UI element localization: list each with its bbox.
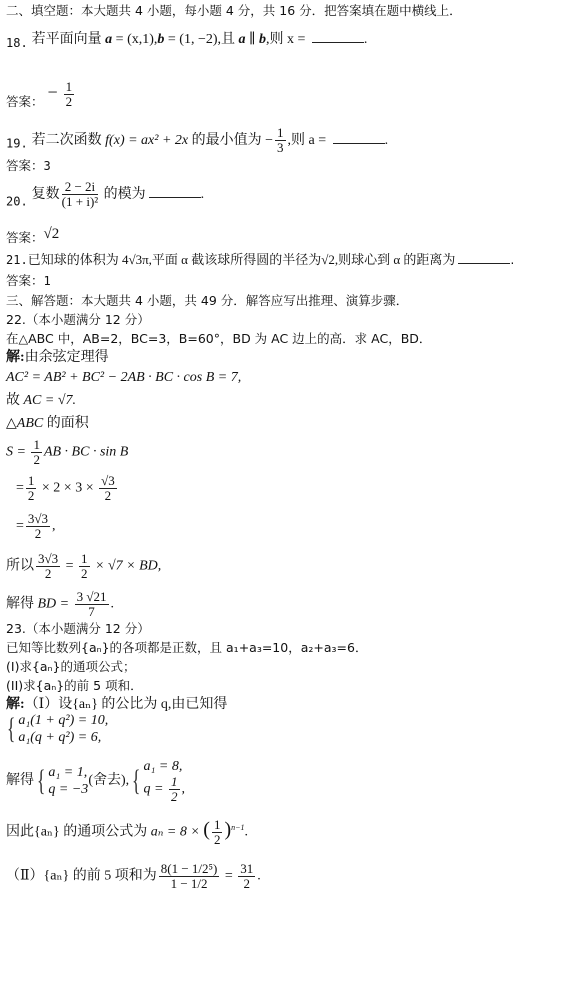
q22-step-3: △ABC 的面积: [6, 416, 89, 432]
solution-text: 由余弦定理得: [25, 350, 109, 365]
denominator: 2: [26, 527, 50, 541]
left-brace-icon: {: [132, 766, 141, 796]
fraction: 312: [238, 862, 255, 891]
fraction: √32: [99, 474, 117, 503]
math-expression: BD =: [38, 597, 73, 612]
numerator: 1: [275, 126, 286, 141]
question-19: 19. 若二次函数 f(x) = ax² + 2x 的最小值为 −13,则 a …: [6, 126, 388, 155]
stem-text: 复数: [32, 187, 60, 202]
vector-a: a: [239, 32, 246, 47]
denominator: 2: [79, 567, 90, 581]
denominator: 2: [238, 877, 255, 891]
question-23-part-2: (II)求{aₙ}的前 5 项和．: [6, 678, 143, 694]
section-2-heading: 二、填空题：本大题共 4 小题，每小题 4 分，共 16 分．把答案填在题中横线…: [6, 3, 462, 19]
fraction: 12: [212, 818, 223, 847]
equation: a₁(q + q²) = 6,: [18, 729, 108, 746]
answer-18: 答案： − 12: [6, 80, 76, 110]
fraction: 12: [26, 474, 37, 503]
equation-system: a₁ = 8,q = 12,: [144, 758, 185, 804]
exponent: n−1: [231, 823, 244, 832]
answer-blank: [333, 133, 385, 144]
question-23-part-1: (I)求{aₙ}的通项公式；: [6, 659, 136, 675]
math-expression: AB · BC · sin B: [44, 445, 128, 460]
fraction: 3 √217: [75, 590, 109, 619]
stem-text: 若二次函数: [32, 133, 106, 148]
numerator: 3 √21: [75, 590, 109, 605]
section-3-heading: 三、解答题：本大题共 4 小题，共 49 分．解答应写出推理、演算步骤．: [6, 293, 408, 309]
denominator: 2: [36, 567, 60, 581]
denominator: 2: [31, 453, 42, 467]
left-brace-icon: {: [37, 766, 46, 796]
q23-sum: （Ⅱ）{aₙ} 的前 5 项和为8(1 − 1/2⁵)1 − 1/2 = 312…: [6, 862, 261, 891]
numerator: 1: [79, 552, 90, 567]
denominator: 1 − 1/2: [159, 877, 220, 891]
solution-text: 故: [6, 393, 24, 408]
math-expression: S =: [6, 445, 29, 460]
q22-step-8: 解得 BD = 3 √217.: [6, 590, 114, 619]
question-number: 21.: [6, 253, 28, 267]
q22-step-7: 所以3√32 = 12 × √7 × BD,: [6, 552, 161, 581]
equals: =: [62, 559, 77, 574]
math-expression: aₙ = 8 ×: [151, 825, 204, 840]
question-20: 20. 复数2 − 2i(1 + i)² 的模为.: [6, 180, 204, 210]
numerator: √3: [99, 474, 117, 489]
answer-value: 3: [44, 159, 51, 173]
triangle-label: △ABC: [6, 416, 43, 431]
question-21: 21.已知球的体积为 4√3π,平面 α 截该球所得圆的半径为√2,则球心到 α…: [6, 252, 514, 268]
period: .: [245, 825, 249, 840]
denominator: 7: [75, 605, 109, 619]
question-number: 20.: [6, 195, 28, 209]
solution-label: 解:: [6, 350, 25, 365]
fraction: 3√32: [36, 552, 60, 581]
answer-label: 答案：: [6, 158, 44, 173]
solution-label: 解:: [6, 697, 25, 712]
period: .: [201, 187, 205, 202]
question-stem: 若平面向量 a = (x,1),b = (1, −2),且 a ∥ b,则 x …: [32, 32, 368, 47]
stem-text: ,则 a =: [288, 133, 330, 148]
vector-b: b: [259, 32, 266, 47]
left-paren: (: [203, 819, 210, 841]
numerator: 1: [212, 818, 223, 833]
solution-text: 因此{aₙ} 的通项公式为: [6, 825, 151, 840]
equation: a₁ = 1,: [48, 764, 88, 781]
numerator: 3√3: [36, 552, 60, 567]
equals: =: [221, 869, 236, 884]
equation: q =: [144, 782, 167, 797]
equation: a₁(1 + q²) = 10,: [18, 712, 108, 729]
answer-19: 答案：3: [6, 158, 51, 174]
numerator: 1: [64, 80, 75, 95]
answer-value: 1: [44, 274, 51, 288]
comma: ,: [52, 519, 56, 534]
answer-value: √2: [44, 226, 60, 242]
answer-blank: [458, 253, 510, 264]
stem-text: 若平面向量: [32, 32, 102, 47]
solution-text: 解得: [6, 773, 34, 788]
period: .: [111, 597, 115, 612]
denominator: 2: [64, 95, 75, 109]
solution-text: 所以: [6, 559, 34, 574]
question-22-header: 22.（本小题满分 12 分）: [6, 312, 150, 328]
period: .: [385, 133, 389, 148]
numerator: 1: [26, 474, 37, 489]
q22-step-4: S = 12AB · BC · sin B: [6, 438, 128, 467]
math-expression: AC = √7.: [24, 393, 77, 408]
answer-blank: [312, 32, 364, 43]
question-stem: 已知球的体积为 4√3π,平面 α 截该球所得圆的半径为√2,则球心到 α 的距…: [28, 252, 456, 267]
solution-text: 的面积: [43, 416, 89, 431]
question-stem: 复数2 − 2i(1 + i)² 的模为.: [32, 187, 205, 202]
answer-20: 答案：√2: [6, 226, 59, 246]
question-23-stem: 已知等比数列{aₙ}的各项都是正数，且 a₁+a₃=10，a₂+a₃=6．: [6, 640, 367, 656]
function-expression: f(x) = ax² + 2x: [105, 133, 188, 148]
denominator: 2: [169, 790, 180, 804]
parallel-symbol: ∥: [246, 32, 259, 47]
math-expression: × √7 × BD,: [92, 559, 162, 574]
equation: q = −3: [48, 781, 88, 798]
denominator: 2: [212, 833, 223, 847]
q22-solution-intro: 解:由余弦定理得: [6, 350, 109, 366]
q23-system-1: {a₁(1 + q²) = 10,a₁(q + q²) = 6,: [4, 712, 108, 746]
fraction: 2 − 2i(1 + i)²: [62, 180, 99, 209]
fraction: 13: [275, 126, 286, 155]
stem-text: ,则 x =: [266, 32, 309, 47]
denominator: 3: [275, 141, 286, 155]
answer-blank: [149, 187, 201, 198]
question-number: 18.: [6, 36, 28, 50]
question-stem: 若二次函数 f(x) = ax² + 2x 的最小值为 −13,则 a = .: [32, 133, 388, 148]
q22-step-1: AC² = AB² + BC² − 2AB · BC · cos B = 7,: [6, 370, 241, 386]
rejected-note: (舍去),: [88, 773, 129, 788]
answer-label: 答案：: [6, 230, 44, 245]
fraction: 12: [64, 80, 75, 109]
math-expression: × 2 × 3 ×: [38, 481, 97, 496]
answer-label: 答案：: [6, 273, 44, 288]
q23-general-term: 因此{aₙ} 的通项公式为 aₙ = 8 × (12)n−1.: [6, 818, 248, 847]
numerator: 1: [169, 775, 180, 790]
fraction: 12: [169, 775, 180, 804]
question-number: 19.: [6, 137, 28, 151]
equals: =: [16, 519, 24, 534]
stem-text: = (x,1),: [112, 32, 157, 47]
fraction: 12: [79, 552, 90, 581]
period: .: [364, 32, 368, 47]
period: .: [510, 252, 514, 267]
numerator: 8(1 − 1/2⁵): [159, 862, 220, 877]
fraction: 3√32: [26, 512, 50, 541]
solution-text: 解得: [6, 597, 38, 612]
equals: =: [16, 481, 24, 496]
minus-sign: −: [48, 82, 58, 102]
numerator: 3√3: [26, 512, 50, 527]
solution-text: （Ⅰ）设{aₙ} 的公比为 q,由已知得: [25, 697, 228, 712]
equation-system: a₁ = 1,q = −3: [48, 764, 88, 798]
fraction: 12: [31, 438, 42, 467]
question-18: 18. 若平面向量 a = (x,1),b = (1, −2),且 a ∥ b,…: [6, 31, 367, 51]
q22-step-5: =12 × 2 × 3 × √32: [16, 474, 119, 503]
question-23-header: 23.（本小题满分 12 分）: [6, 621, 150, 637]
q22-step-6: =3√32,: [16, 512, 56, 541]
answer-label: 答案：: [6, 94, 44, 109]
equation: a₁ = 8,: [144, 758, 185, 775]
answer-21: 答案：1: [6, 273, 51, 289]
period: .: [257, 869, 261, 884]
numerator: 31: [238, 862, 255, 877]
denominator: (1 + i)²: [62, 195, 99, 209]
stem-text: 的模为: [100, 187, 146, 202]
solution-text: （Ⅱ）{aₙ} 的前 5 项和为: [6, 869, 157, 884]
fraction: 8(1 − 1/2⁵)1 − 1/2: [159, 862, 220, 891]
question-22-stem: 在△ABC 中，AB=2，BC=3，B=60°，BD 为 AC 边上的高．求 A…: [6, 331, 431, 347]
q22-step-2: 故 AC = √7.: [6, 393, 76, 409]
denominator: 2: [99, 489, 117, 503]
left-brace-icon: {: [7, 714, 16, 744]
q23-solve: 解得{a₁ = 1,q = −3(舍去),{a₁ = 8,q = 12,: [6, 758, 185, 804]
equation-system: a₁(1 + q²) = 10,a₁(q + q²) = 6,: [18, 712, 108, 746]
numerator: 1: [31, 438, 42, 453]
comma: ,: [182, 782, 186, 797]
q23-solution-intro: 解:（Ⅰ）设{aₙ} 的公比为 q,由已知得: [6, 697, 227, 713]
numerator: 2 − 2i: [62, 180, 99, 195]
stem-text: 的最小值为 −: [188, 133, 273, 148]
stem-text: = (1, −2),且: [164, 32, 238, 47]
denominator: 2: [26, 489, 37, 503]
